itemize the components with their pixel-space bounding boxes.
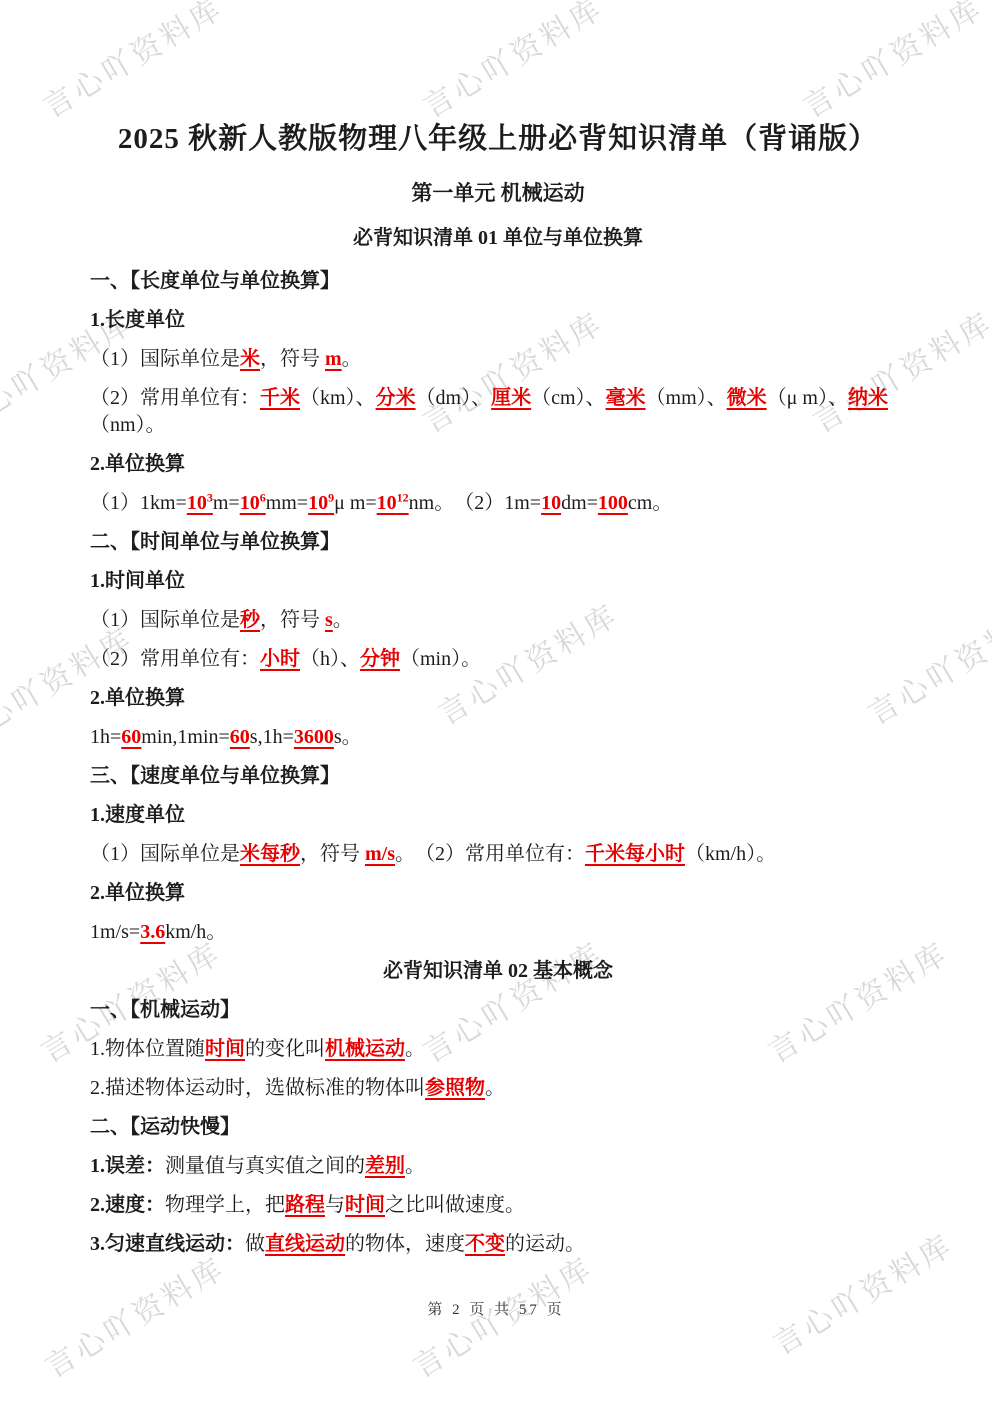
text-segment: （1）1km= (90, 492, 187, 514)
document-content: 2025 秋新人教版物理八年级上册必背知识清单（背诵版） 第一单元 机械运动 必… (0, 0, 992, 1258)
list-01-heading: 必背知识清单 01 单位与单位换算 (90, 221, 906, 250)
text-segment: 1h= (90, 726, 121, 748)
answer-blank: 3600 (294, 726, 334, 748)
answer-blank: 千米每小时 (585, 843, 685, 865)
subsection-heading: 1.长度单位 (90, 307, 906, 334)
text-line: （1）国际单位是米每秒，符号 m/s。 （2）常用单位有：千米每小时（km/h）… (90, 841, 906, 868)
text-line: 1h=60min,1min=60s,1h=3600s。 (90, 724, 906, 751)
text-segment: 与 (325, 1194, 345, 1216)
list-heading: 必背知识清单 02 基本概念 (90, 958, 906, 985)
text-segment: 做 (245, 1233, 265, 1255)
text-segment: （cm）、 (531, 387, 605, 409)
text-segment: 。 (333, 609, 353, 631)
answer-blank: 不变 (465, 1233, 505, 1255)
text-segment: （mm）、 (646, 387, 727, 409)
text-segment: ，符号 (260, 348, 325, 370)
text-segment: 的运动。 (505, 1233, 585, 1255)
section-heading: 一、【机械运动】 (90, 997, 906, 1024)
text-segment: （km/h）。 (685, 843, 776, 865)
text-segment: （1）国际单位是 (90, 843, 240, 865)
text-segment: m= (213, 492, 240, 514)
answer-blank: 106 (240, 492, 266, 514)
text-segment: 物理学上，把 (165, 1194, 285, 1216)
answer-blank: 千米 (260, 387, 300, 409)
answer-blank: 纳米 (848, 387, 888, 409)
answer-blank: 路程 (285, 1194, 325, 1216)
text-segment: ，符号 (260, 609, 325, 631)
answer-blank: 分米 (376, 387, 416, 409)
text-segment: 1m/s= (90, 921, 140, 943)
answer-blank: 厘米 (491, 387, 531, 409)
text-segment: min,1min= (141, 726, 230, 748)
text-line: （1）国际单位是米，符号 m。 (90, 346, 906, 373)
text-segment: （h）、 (300, 648, 360, 670)
document-page: 言心吖资料库 言心吖资料库 言心吖资料库 言心吖资料库 言心吖资料库 言心吖资料… (0, 0, 992, 1403)
subsection-heading: 1.速度单位 (90, 802, 906, 829)
document-body: 一、【长度单位与单位换算】1.长度单位（1）国际单位是米，符号 m。（2）常用单… (90, 268, 906, 1258)
text-line: 1m/s=3.6km/h。 (90, 919, 906, 946)
text-segment: 1.物体位置随 (90, 1038, 205, 1060)
text-segment: （km）、 (300, 387, 376, 409)
text-segment: 之比叫做速度。 (385, 1194, 525, 1216)
text-segment: 2.描述物体运动时，选做标准的物体叫 (90, 1077, 425, 1099)
answer-blank: 时间 (345, 1194, 385, 1216)
answer-blank: 小时 (260, 648, 300, 670)
text-line: （1）国际单位是秒，符号 s。 (90, 607, 906, 634)
section-heading: 一、【长度单位与单位换算】 (90, 268, 906, 295)
text-line: 3.匀速直线运动：做直线运动的物体，速度不变的运动。 (90, 1231, 906, 1258)
text-segment: （1）国际单位是 (90, 609, 240, 631)
text-line: （2）常用单位有：小时（h）、分钟（min）。 (90, 646, 906, 673)
subsection-heading: 2.单位换算 (90, 685, 906, 712)
answer-blank: m/s (365, 843, 395, 865)
document-title: 2025 秋新人教版物理八年级上册必背知识清单（背诵版） (90, 116, 906, 157)
answer-blank: 时间 (205, 1038, 245, 1060)
text-line: （2）常用单位有：千米（km）、分米（dm）、厘米（cm）、毫米（mm）、微米（… (90, 385, 906, 439)
subsection-heading: 1.时间单位 (90, 568, 906, 595)
answer-blank: 差别 (365, 1155, 405, 1177)
text-segment: （2）常用单位有： (90, 648, 260, 670)
answer-blank: 60 (230, 726, 250, 748)
answer-blank: s (325, 609, 333, 631)
text-line: 2.速度：物理学上，把路程与时间之比叫做速度。 (90, 1192, 906, 1219)
answer-blank: m (325, 348, 342, 370)
text-segment: 测量值与真实值之间的 (165, 1155, 365, 1177)
unit-heading: 第一单元 机械运动 (90, 177, 906, 207)
answer-blank: 秒 (240, 609, 260, 631)
text-segment: km/h。 (165, 921, 226, 943)
section-heading: 三、【速度单位与单位换算】 (90, 763, 906, 790)
answer-blank: 米每秒 (240, 843, 300, 865)
page-number: 第 2 页 共 57 页 (0, 1298, 992, 1319)
text-segment: ，符号 (300, 843, 365, 865)
text-line: 1.误差：测量值与真实值之间的差别。 (90, 1153, 906, 1180)
text-segment: nm。 （2）1m= (409, 492, 541, 514)
subsection-heading: 2.单位换算 (90, 880, 906, 907)
text-segment: dm= (561, 492, 598, 514)
text-line: 2.描述物体运动时，选做标准的物体叫参照物。 (90, 1075, 906, 1102)
text-segment: 的物体，速度 (345, 1233, 465, 1255)
text-segment: （μ m）、 (767, 387, 848, 409)
answer-blank: 1012 (377, 492, 409, 514)
answer-blank: 微米 (727, 387, 767, 409)
text-line: 1.物体位置随时间的变化叫机械运动。 (90, 1036, 906, 1063)
answer-blank: 103 (187, 492, 213, 514)
answer-blank: 109 (308, 492, 334, 514)
text-segment: （1）国际单位是 (90, 348, 240, 370)
text-segment: 1.误差： (90, 1155, 165, 1177)
answer-blank: 直线运动 (265, 1233, 345, 1255)
answer-blank: 100 (598, 492, 628, 514)
text-segment: μ m= (334, 492, 377, 514)
answer-blank: 分钟 (360, 648, 400, 670)
text-segment: mm= (266, 492, 308, 514)
answer-blank: 3.6 (140, 921, 165, 943)
text-segment: 。 (342, 348, 362, 370)
section-heading: 二、【时间单位与单位换算】 (90, 529, 906, 556)
text-segment: （min）。 (400, 648, 481, 670)
answer-blank: 10 (541, 492, 561, 514)
text-segment: （dm）、 (416, 387, 492, 409)
superscript: 12 (397, 490, 409, 504)
answer-blank: 机械运动 (325, 1038, 405, 1060)
text-segment: 的变化叫 (245, 1038, 325, 1060)
text-segment: s。 (334, 726, 362, 748)
text-line: （1）1km=103m=106mm=109μ m=1012nm。 （2）1m=1… (90, 490, 906, 517)
text-segment: 。 (405, 1155, 425, 1177)
text-segment: 。 （2）常用单位有： (395, 843, 585, 865)
text-segment: 。 (485, 1077, 505, 1099)
text-segment: 3.匀速直线运动： (90, 1233, 245, 1255)
text-segment: （2）常用单位有： (90, 387, 260, 409)
text-segment: 2.速度： (90, 1194, 165, 1216)
section-heading: 二、【运动快慢】 (90, 1114, 906, 1141)
text-segment: s,1h= (250, 726, 294, 748)
text-segment: 。 (405, 1038, 425, 1060)
text-segment: （nm）。 (90, 414, 166, 436)
answer-blank: 60 (121, 726, 141, 748)
answer-blank: 毫米 (606, 387, 646, 409)
text-segment: cm。 (628, 492, 672, 514)
answer-blank: 米 (240, 348, 260, 370)
subsection-heading: 2.单位换算 (90, 451, 906, 478)
answer-blank: 参照物 (425, 1077, 485, 1099)
